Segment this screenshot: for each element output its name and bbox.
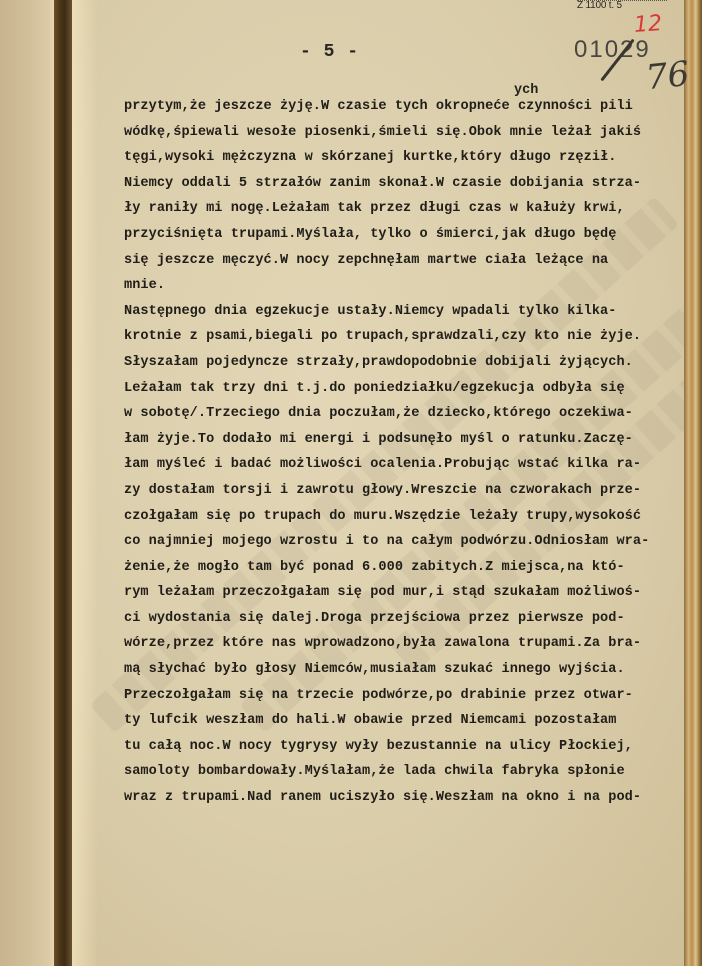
text-line: Leżałam tak trzy dni t.j.do poniedziałku…: [124, 376, 684, 402]
text-line: w sobotę/.Trzeciego dnia poczułam,że dzi…: [124, 401, 684, 427]
book-binding-edge: [684, 0, 702, 966]
text-line: Słyszałam pojedyncze strzały,prawdopodob…: [124, 350, 684, 376]
text-line: tęgi,wysoki mężczyzna w skórzanej kurtke…: [124, 145, 684, 171]
pencil-handwritten-folio: 76: [644, 54, 691, 98]
text-line: ły raniły mi nogę.Leżałam tak przez dług…: [124, 196, 684, 222]
text-line: łam myśleć i badać możliwości ocalenia.P…: [124, 452, 684, 478]
text-line: wraz z trupami.Nad ranem uciszyło się.We…: [124, 785, 684, 811]
text-line: tu całą noc.W nocy tygrysy wyły bezustan…: [124, 734, 684, 760]
text-line: Niemcy oddali 5 strzałów zanim skonał.W …: [124, 171, 684, 197]
text-line: zy dostałam torsji i zawrotu głowy.Wresz…: [124, 478, 684, 504]
text-line: Następnego dnia egzekucje ustały.Niemcy …: [124, 299, 684, 325]
text-line: wódkę,śpiewali wesołe piosenki,śmieli si…: [124, 120, 684, 146]
text-line: żenie,że mogło tam być ponad 6.000 zabit…: [124, 555, 684, 581]
typewritten-body: przytym,że jeszcze żyję.W czasie tych ok…: [124, 94, 684, 811]
book-gutter: [54, 0, 72, 966]
text-line: łam żyje.To dodało mi energi i podsunęło…: [124, 427, 684, 453]
text-line: wórze,przez które nas wprowadzono,była z…: [124, 631, 684, 657]
text-line: się jeszcze męczyć.W nocy zepchnęłam mar…: [124, 248, 684, 274]
archive-reference: Z 1100 t. 5: [577, 0, 622, 11]
page-number: - 5 -: [300, 42, 359, 62]
text-line: co najmniej mojego wzrostu i to na całym…: [124, 529, 684, 555]
text-line: przytym,że jeszcze żyję.W czasie tych ok…: [124, 94, 684, 120]
text-line: krotnie z psami,biegali po trupach,spraw…: [124, 324, 684, 350]
text-line: ty lufcik weszłam do hali.W obawie przed…: [124, 708, 684, 734]
text-line: samoloty bombardowały.Myślałam,że lada c…: [124, 759, 684, 785]
text-line: mnie.: [124, 273, 684, 299]
text-line: przyciśnięta trupami.Myślała, tylko o śm…: [124, 222, 684, 248]
stamped-folio-number: 01029: [574, 36, 651, 64]
text-line: Przeczołgałam się na trzecie podwórze,po…: [124, 683, 684, 709]
text-line: czołgałam się po trupach do muru.Wszędzi…: [124, 504, 684, 530]
text-line: rym leżałam przeczołgałam się pod mur,i …: [124, 580, 684, 606]
text-line: ci wydostania się dalej.Droga przejściow…: [124, 606, 684, 632]
previous-page-edge: [0, 0, 54, 966]
text-line: mą słychać było głosy Niemców,musiałam s…: [124, 657, 684, 683]
paragraph-2: Następnego dnia egzekucje ustały.Niemcy …: [124, 299, 684, 811]
paragraph-1: przytym,że jeszcze żyję.W czasie tych ok…: [124, 94, 684, 299]
red-handwritten-folio: 12: [633, 11, 663, 38]
